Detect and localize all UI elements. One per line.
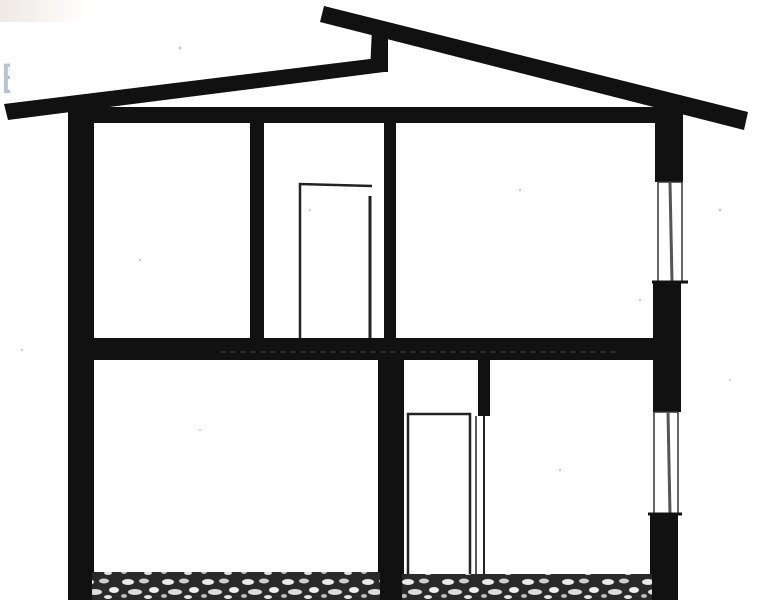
lower-door — [408, 414, 484, 580]
foundation-right — [402, 574, 652, 600]
window-upper — [652, 182, 688, 282]
right-wall-lower — [650, 514, 678, 600]
lower-partition — [478, 358, 490, 416]
lower-column — [378, 355, 404, 600]
upper-partition-2 — [384, 115, 396, 343]
upper-door — [300, 184, 372, 340]
roof-step — [370, 28, 388, 72]
foundation-left — [92, 572, 380, 600]
house-section-drawing — [0, 0, 777, 600]
upper-partition-1 — [250, 115, 264, 343]
window-lower — [648, 412, 682, 514]
right-wall-upper — [655, 110, 683, 182]
floor-slab — [80, 338, 658, 360]
ceiling-beam — [70, 107, 670, 123]
